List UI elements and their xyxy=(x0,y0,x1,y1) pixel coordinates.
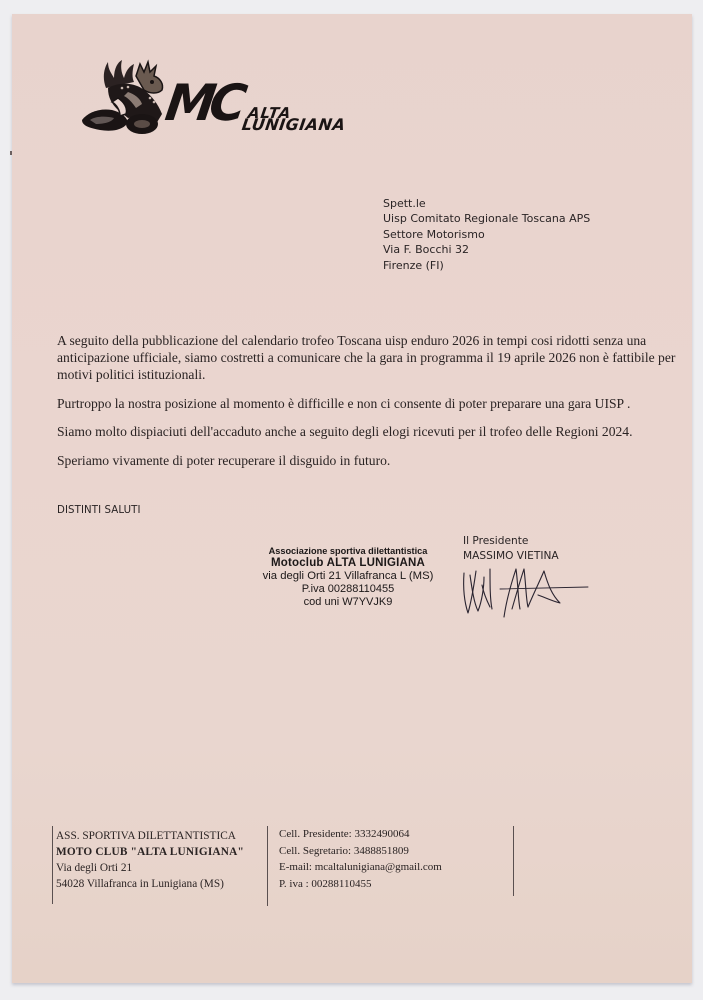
logo-line-lunigiana: LUNIGIANA xyxy=(241,117,347,133)
recipient-line: Spett.le xyxy=(383,196,590,211)
stamp-line: P.iva 00288110455 xyxy=(248,583,448,596)
footer-line: Cell. Segretario: 3488851809 xyxy=(279,843,442,860)
recipient-address: Spett.le Uisp Comitato Regionale Toscana… xyxy=(383,196,590,273)
handwritten-signature-icon xyxy=(460,559,590,619)
stamp-line: Motoclub ALTA LUNIGIANA xyxy=(248,557,448,570)
scan-mark xyxy=(10,151,12,155)
footer-divider xyxy=(513,826,514,896)
footer-line: ASS. SPORTIVA DILETTANTISTICA xyxy=(56,828,244,844)
recipient-line: Uisp Comitato Regionale Toscana APS xyxy=(383,211,590,226)
body-paragraph: Speriamo vivamente di poter recuperare i… xyxy=(57,452,677,469)
club-logo: MC ALTA LUNIGIANA xyxy=(78,58,388,138)
letter-body: A seguito della pubblicazione del calend… xyxy=(57,332,677,480)
signatory-role: Il Presidente xyxy=(463,534,559,549)
recipient-line: Firenze (FI) xyxy=(383,258,590,273)
footer-line: P. iva : 00288110455 xyxy=(279,876,442,893)
recipient-line: Settore Motorismo xyxy=(383,227,590,242)
letter-page: MC ALTA LUNIGIANA Spett.le Uisp Comitato… xyxy=(12,14,692,983)
footer-line: Cell. Presidente: 3332490064 xyxy=(279,826,442,843)
footer-address: ASS. SPORTIVA DILETTANTISTICA MOTO CLUB … xyxy=(52,826,244,904)
stamp-line: Associazione sportiva dilettantistica xyxy=(248,545,448,557)
footer-contacts: Cell. Presidente: 3332490064 Cell. Segre… xyxy=(267,826,442,906)
recipient-line: Via F. Bocchi 32 xyxy=(383,242,590,257)
closing-greeting: DISTINTI SALUTI xyxy=(57,505,141,516)
stamp-line: via degli Orti 21 Villafranca L (MS) xyxy=(248,570,448,583)
body-paragraph: Siamo molto dispiaciuti dell'accaduto an… xyxy=(57,423,677,440)
club-stamp: Associazione sportiva dilettantistica Mo… xyxy=(248,545,448,609)
body-paragraph: A seguito della pubblicazione del calend… xyxy=(57,332,677,383)
footer-line: Via degli Orti 21 xyxy=(56,860,244,876)
footer-line: 54028 Villafranca in Lunigiana (MS) xyxy=(56,876,244,892)
letterhead-footer: ASS. SPORTIVA DILETTANTISTICA MOTO CLUB … xyxy=(52,826,492,906)
logo-monogram: MC xyxy=(162,78,243,128)
footer-line: E-mail: mcaltalunigiana@gmail.com xyxy=(279,859,442,876)
footer-line: MOTO CLUB "ALTA LUNIGIANA" xyxy=(56,844,244,860)
body-paragraph: Purtroppo la nostra posizione al momento… xyxy=(57,395,677,412)
stamp-line: cod uni W7YVJK9 xyxy=(248,596,448,609)
